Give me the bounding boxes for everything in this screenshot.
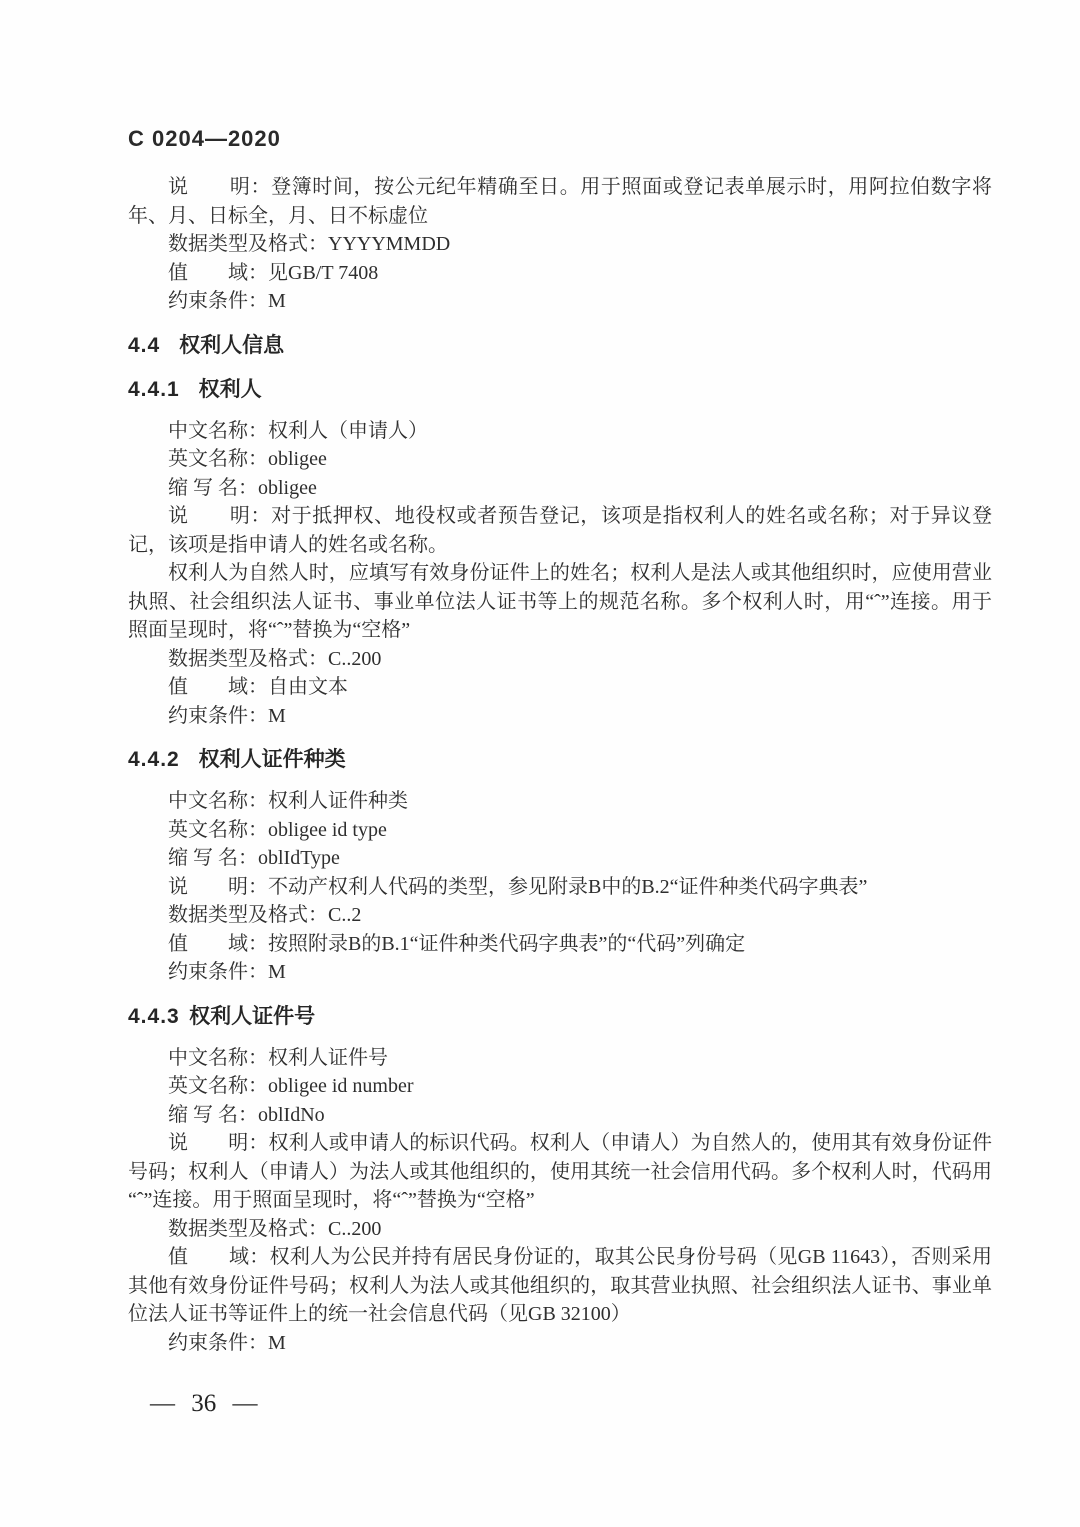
data-type-line: 数据类型及格式：C..200 bbox=[128, 1215, 992, 1244]
value-domain-line: 值 域：按照附录B的B.1“证件种类代码字典表”的“代码”列确定 bbox=[128, 930, 992, 959]
cn-name-line: 中文名称：权利人证件种类 bbox=[128, 787, 992, 816]
constraint-line: 约束条件：M bbox=[128, 1329, 992, 1358]
en-name-line: 英文名称：obligee bbox=[128, 445, 992, 474]
prelude-description-line: 说 明：登簿时间，按公元纪年精确至日。用于照面或登记表单展示时，用阿拉伯数字将年… bbox=[128, 173, 992, 230]
description-line: 说 明：权利人或申请人的标识代码。权利人（申请人）为自然人的，使用其有效身份证件… bbox=[128, 1129, 992, 1215]
prelude-data-type-line: 数据类型及格式：YYYYMMDD bbox=[128, 230, 992, 259]
data-type-line: 数据类型及格式：C..2 bbox=[128, 901, 992, 930]
description-line: 说 明：不动产权利人代码的类型，参见附录B中的B.2“证件种类代码字典表” bbox=[128, 873, 992, 902]
cn-name-line: 中文名称：权利人（申请人） bbox=[128, 417, 992, 446]
subsection-title: 权利人证件种类 bbox=[199, 748, 346, 771]
prelude-constraint-line: 约束条件：M bbox=[128, 287, 992, 316]
description-continuation: 权利人为自然人时，应填写有效身份证件上的姓名；权利人是法人或其他组织时，应使用营… bbox=[128, 559, 992, 645]
abbr-name-line: 缩 写 名：obligee bbox=[128, 474, 992, 503]
abbr-name-line: 缩 写 名：oblIdType bbox=[128, 844, 992, 873]
constraint-line: 约束条件：M bbox=[128, 958, 992, 987]
page-number: — 36 — bbox=[150, 1390, 258, 1418]
document-page: C 0204—2020 说 明：登簿时间，按公元纪年精确至日。用于照面或登记表单… bbox=[0, 0, 1080, 1527]
section-heading-4-4: 4.4权利人信息 bbox=[128, 332, 992, 360]
en-name-line: 英文名称：obligee id number bbox=[128, 1072, 992, 1101]
section-title: 权利人信息 bbox=[179, 334, 284, 357]
subsection-number: 4.4.1 bbox=[128, 378, 180, 401]
doc-code: C 0204—2020 bbox=[128, 126, 992, 152]
subsection-title: 权利人证件号 bbox=[189, 1005, 315, 1028]
value-domain-line: 值 域：权利人为公民并持有居民身份证的，取其公民身份号码（见GB 11643），… bbox=[128, 1243, 992, 1329]
cn-name-line: 中文名称：权利人证件号 bbox=[128, 1044, 992, 1073]
subsection-number: 4.4.2 bbox=[128, 748, 180, 771]
abbr-name-line: 缩 写 名：oblIdNo bbox=[128, 1101, 992, 1130]
section-number: 4.4 bbox=[128, 334, 160, 357]
description-line: 说 明：对于抵押权、地役权或者预告登记，该项是指权利人的姓名或名称；对于异议登记… bbox=[128, 502, 992, 559]
subsection-heading-4-4-2: 4.4.2权利人证件种类 bbox=[128, 746, 992, 774]
value-domain-line: 值 域：自由文本 bbox=[128, 673, 992, 702]
data-type-line: 数据类型及格式：C..200 bbox=[128, 645, 992, 674]
subsection-heading-4-4-1: 4.4.1权利人 bbox=[128, 376, 992, 404]
constraint-line: 约束条件：M bbox=[128, 702, 992, 731]
en-name-line: 英文名称：obligee id type bbox=[128, 816, 992, 845]
subsection-title: 权利人 bbox=[199, 378, 262, 401]
subsection-heading-4-4-3: 4.4.3权利人证件号 bbox=[128, 1003, 992, 1031]
prelude-value-domain-line: 值 域：见GB/T 7408 bbox=[128, 259, 992, 288]
subsection-number: 4.4.3 bbox=[128, 1005, 180, 1028]
